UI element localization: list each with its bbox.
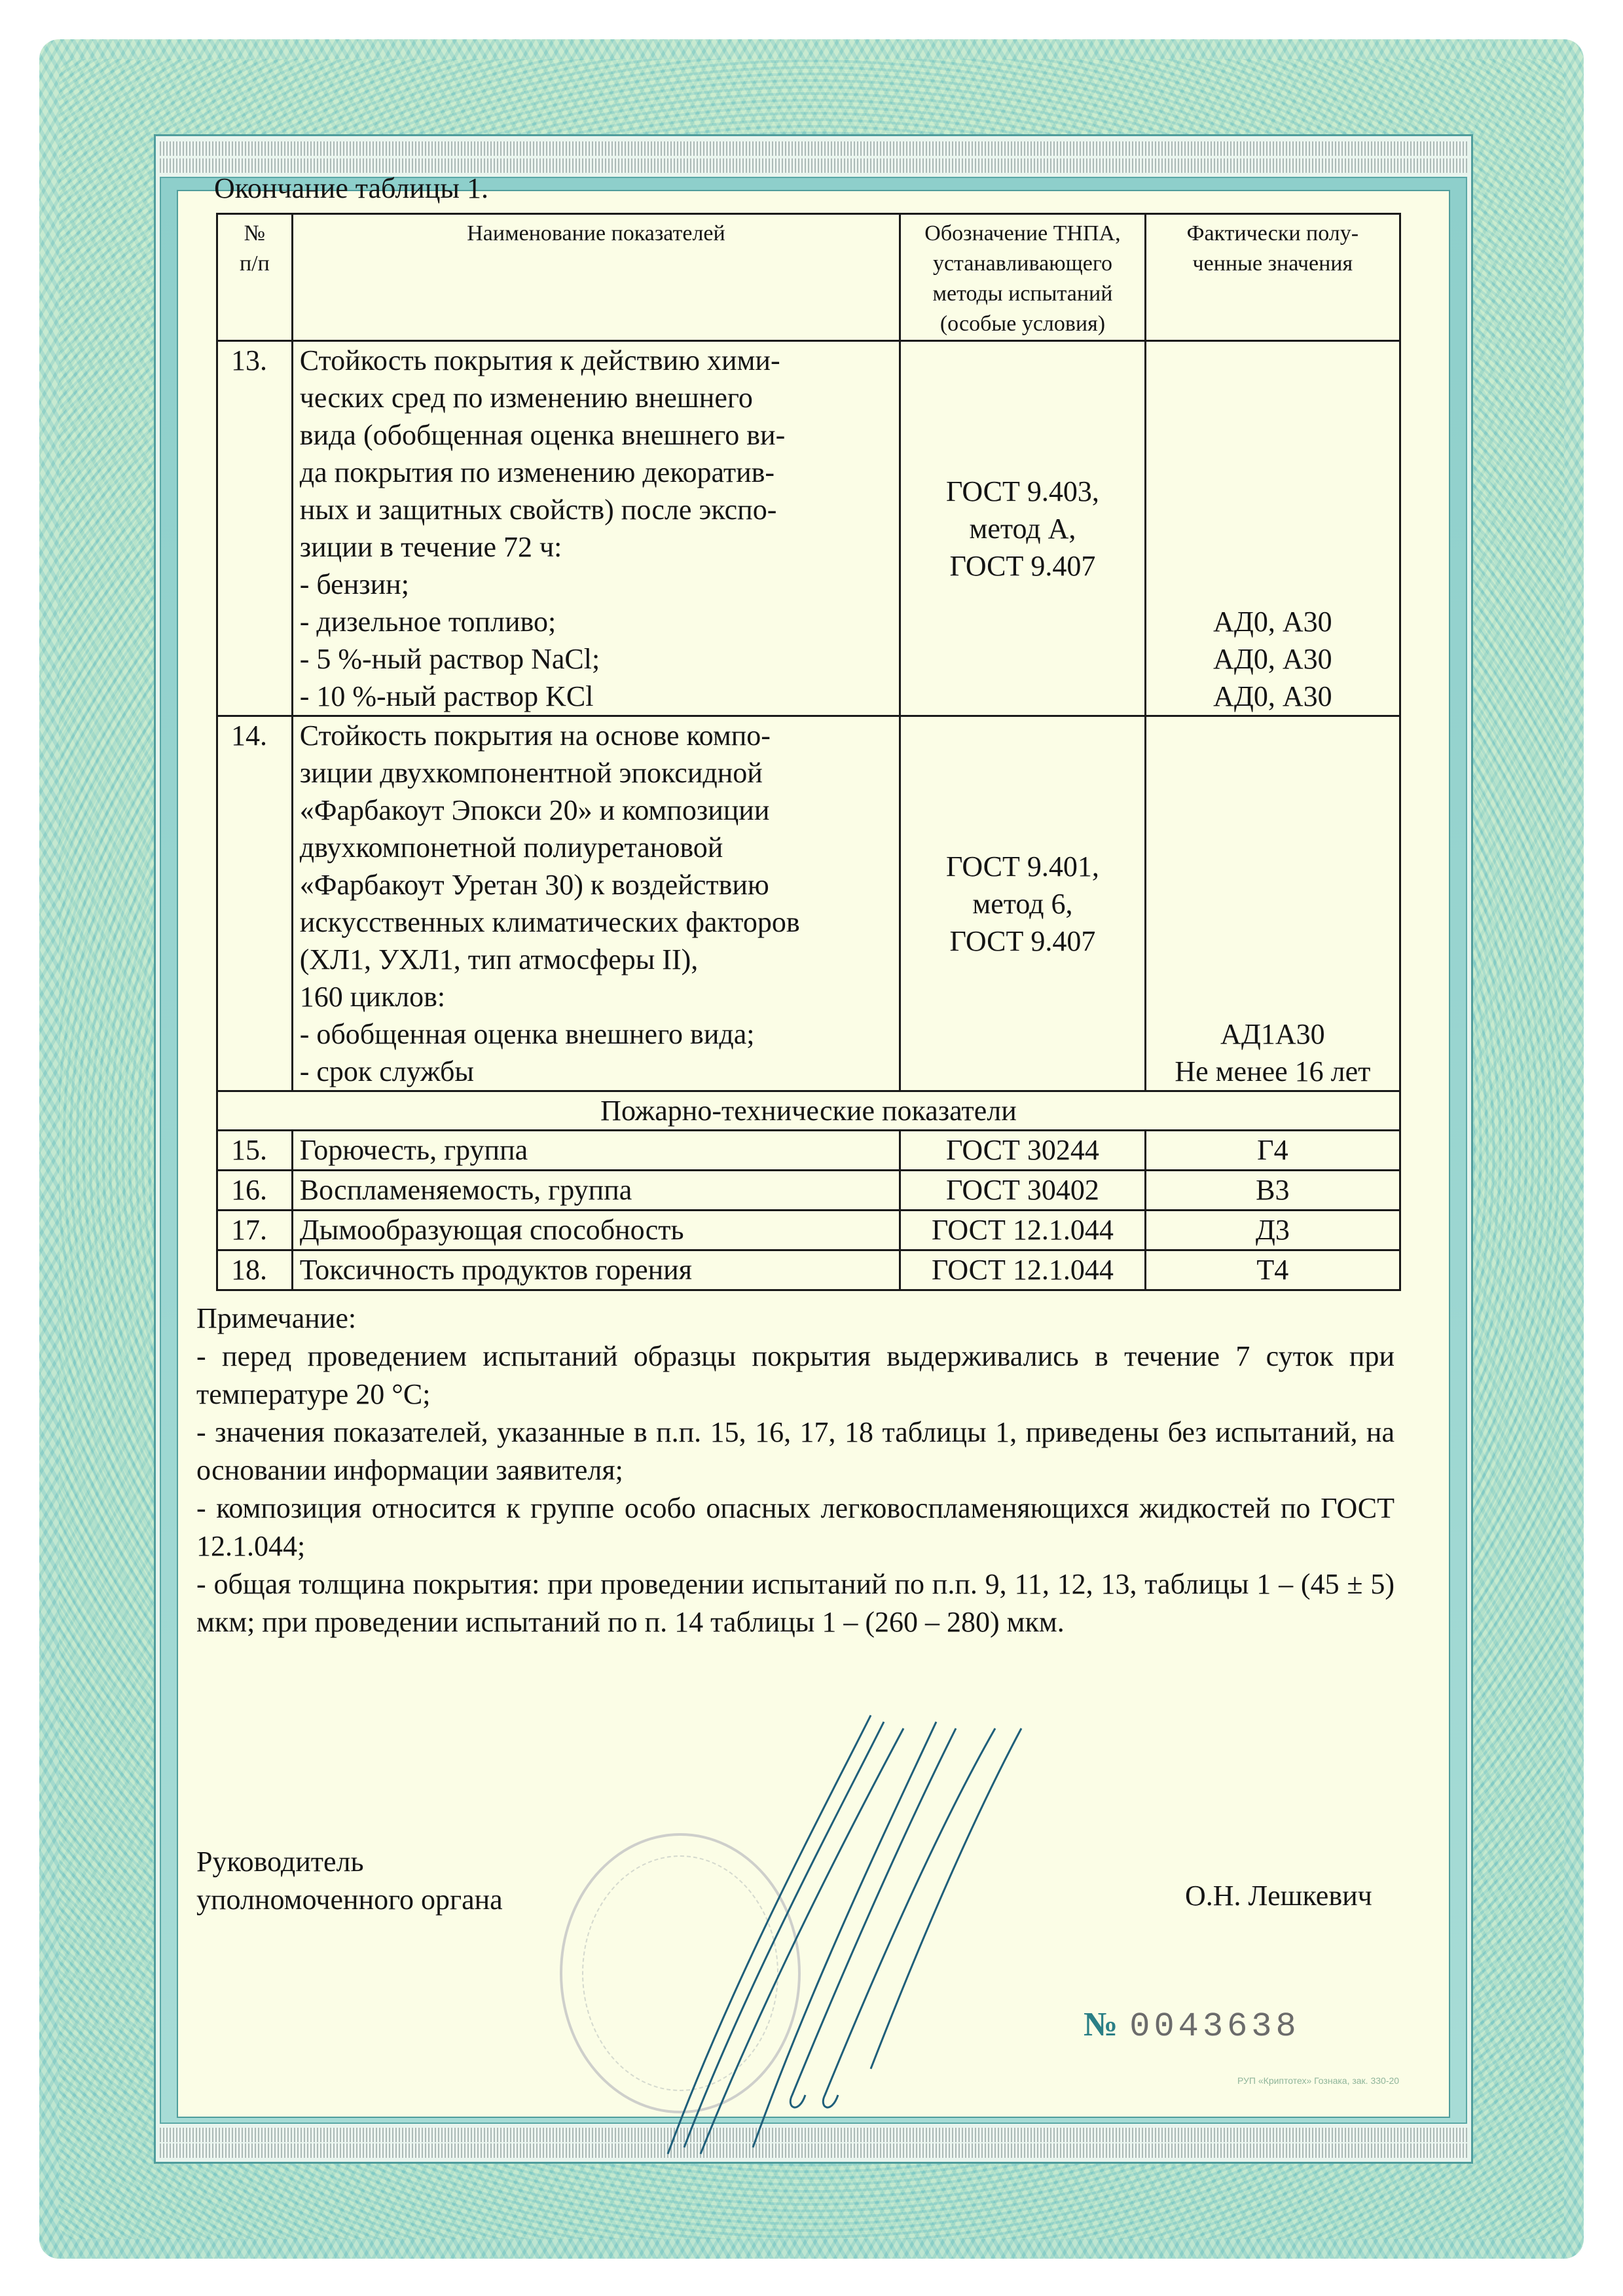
actual-value: Т4 xyxy=(1145,1250,1400,1290)
note-item: - композиция относится к группе особо оп… xyxy=(196,1489,1395,1565)
test-method: ГОСТ 12.1.044 xyxy=(900,1250,1145,1290)
row-number: 18. xyxy=(217,1250,293,1290)
results-table: № п/п Наименование показателей Обозначен… xyxy=(216,213,1401,1291)
table-header-row: № п/п Наименование показателей Обозначен… xyxy=(217,214,1400,341)
indicator-name: Горючесть, группа xyxy=(292,1131,900,1171)
signatory-name: О.Н. Лешкевич xyxy=(1185,1879,1372,1912)
note-item: - значения показателей, указанные в п.п.… xyxy=(196,1413,1395,1489)
row-number: 13. xyxy=(217,341,293,716)
actual-value: Г4 xyxy=(1145,1131,1400,1171)
notes-title: Примечание: xyxy=(196,1300,1395,1338)
test-method: ГОСТ 30402 xyxy=(900,1171,1145,1211)
test-method: ГОСТ 30244 xyxy=(900,1131,1145,1171)
table-row: 17.Дымообразующая способностьГОСТ 12.1.0… xyxy=(217,1211,1400,1250)
row-number: 15. xyxy=(217,1131,293,1171)
table-row: 18.Токсичность продуктов горенияГОСТ 12.… xyxy=(217,1250,1400,1290)
microtext-line xyxy=(160,141,1467,156)
test-method: ГОСТ 9.403,метод А,ГОСТ 9.407 xyxy=(900,341,1145,716)
certificate-serial-number: №0043638 xyxy=(1084,2005,1300,2046)
test-method: ГОСТ 12.1.044 xyxy=(900,1211,1145,1250)
note-item: - перед проведением испытаний образцы по… xyxy=(196,1338,1395,1413)
row-number: 14. xyxy=(217,716,293,1091)
note-item: - общая толщина покрытия: при проведении… xyxy=(196,1565,1395,1641)
table-row: 15.Горючесть, группаГОСТ 30244Г4 xyxy=(217,1131,1400,1171)
notes-section: Примечание: - перед проведением испытани… xyxy=(196,1300,1395,1641)
header-actual-values: Фактически полу- ченные значения xyxy=(1145,214,1400,341)
row-number: 17. xyxy=(217,1211,293,1250)
indicator-name: Стойкость покрытия к действию хими-чески… xyxy=(292,341,900,716)
section-row: Пожарно-технические показатели xyxy=(217,1091,1400,1131)
row-number: 16. xyxy=(217,1171,293,1211)
section-title: Пожарно-технические показатели xyxy=(217,1091,1400,1131)
actual-value: АД1А30Не менее 16 лет xyxy=(1145,716,1400,1091)
header-indicator-name: Наименование показателей xyxy=(292,214,900,341)
printer-mark: РУП «Криптотех» Гознака, зак. 330-20 xyxy=(1237,2075,1399,2086)
actual-value: АД0, А30АД0, А30АД0, А30 xyxy=(1145,341,1400,716)
microtext-line xyxy=(160,158,1467,173)
handwritten-signature xyxy=(655,1702,1080,2160)
table-row: 14.Стойкость покрытия на основе компо-зи… xyxy=(217,716,1400,1091)
table-caption: Окончание таблицы 1. xyxy=(214,172,488,205)
table-row: 16.Воспламеняемость, группаГОСТ 30402В3 xyxy=(217,1171,1400,1211)
indicator-name: Токсичность продуктов горения xyxy=(292,1250,900,1290)
indicator-name: Стойкость покрытия на основе компо-зиции… xyxy=(292,716,900,1091)
actual-value: В3 xyxy=(1145,1171,1400,1211)
header-test-method: Обозначение ТНПА, устанавливающего метод… xyxy=(900,214,1145,341)
number-sign: № xyxy=(1084,2006,1118,2043)
test-method: ГОСТ 9.401,метод 6,ГОСТ 9.407 xyxy=(900,716,1145,1091)
actual-value: Д3 xyxy=(1145,1211,1400,1250)
serial-digits: 0043638 xyxy=(1129,2007,1300,2046)
table-row: 13.Стойкость покрытия к действию хими-че… xyxy=(217,341,1400,716)
indicator-name: Воспламеняемость, группа xyxy=(292,1171,900,1211)
indicator-name: Дымообразующая способность xyxy=(292,1211,900,1250)
signatory-title: Руководитель уполномоченного органа xyxy=(196,1843,503,1919)
header-number: № п/п xyxy=(217,214,293,341)
